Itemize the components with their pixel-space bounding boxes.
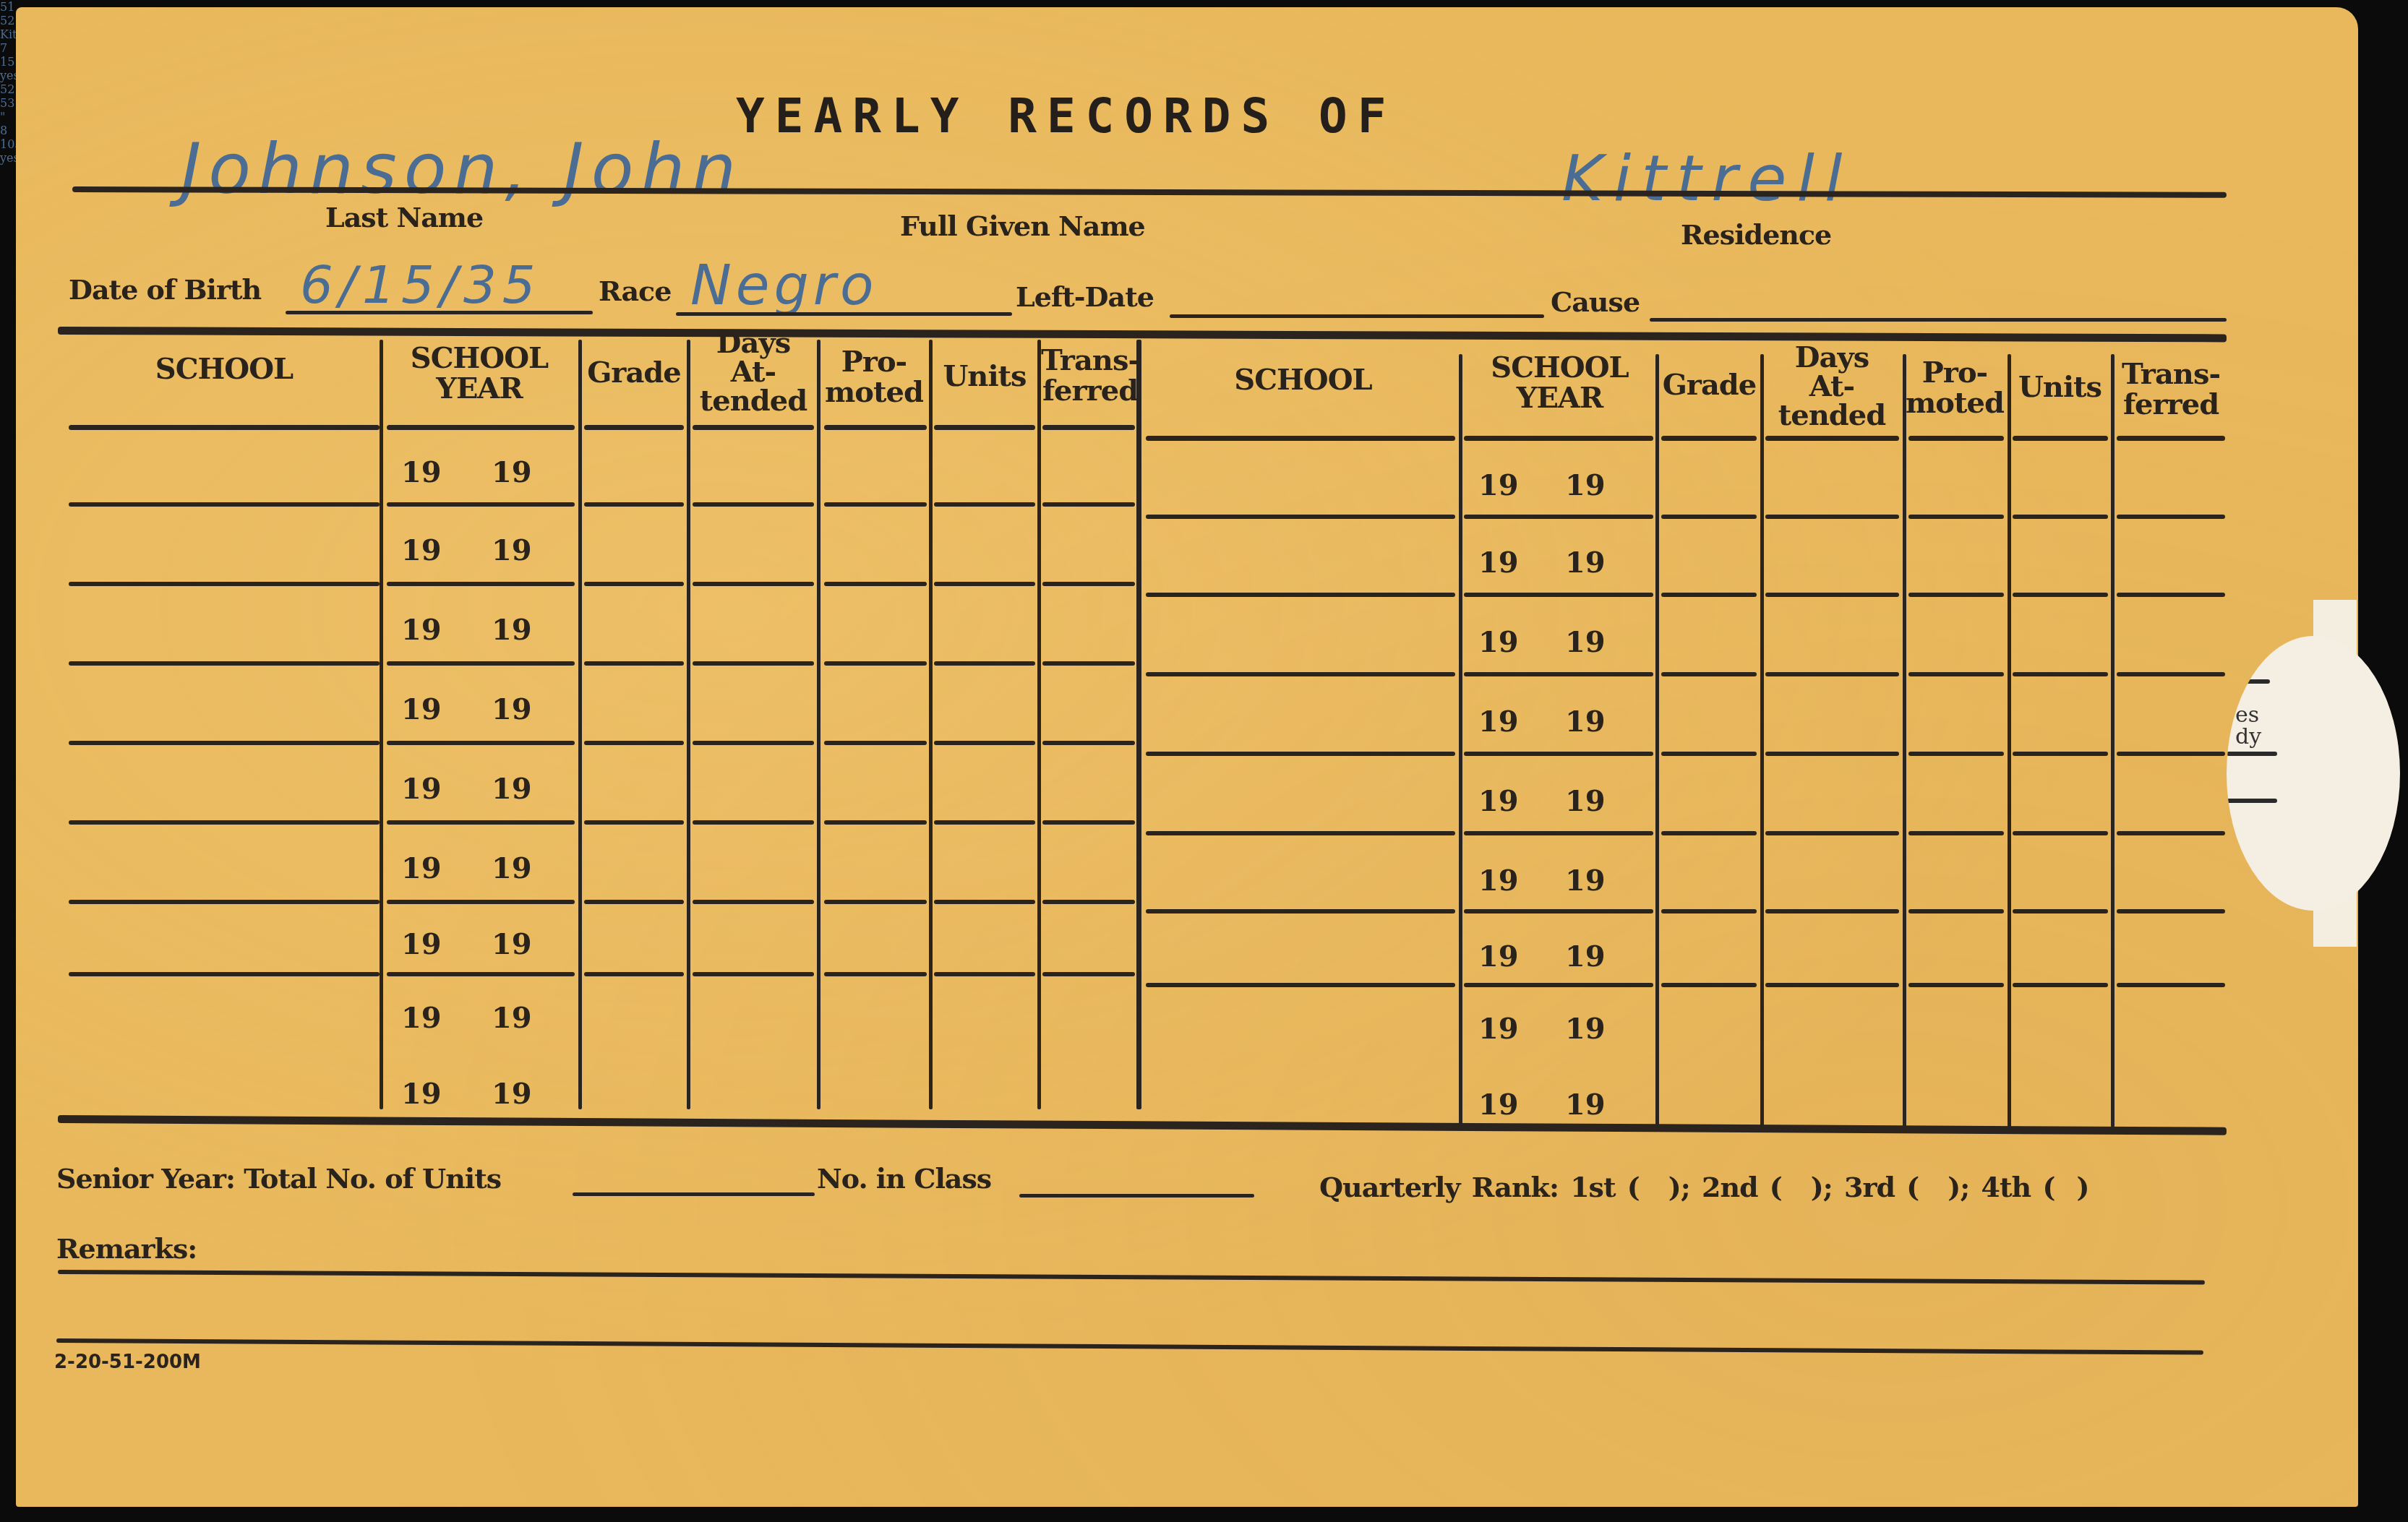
header-transferred-left: Trans- ferred [1040,345,1141,406]
year-start-prefix: 19 [401,927,442,961]
row-line [1464,672,1653,676]
header-underline [1661,436,1757,441]
no-in-class-label: No. in Class [817,1162,991,1195]
row-line [2117,593,2225,597]
row-line [693,820,814,825]
insert-rule [2227,679,2270,684]
column-divider [380,340,383,1109]
row-line [2013,831,2108,835]
row-line [69,820,380,825]
column-divider [2111,354,2115,1127]
year-start-prefix: 19 [1478,468,1519,502]
row-line [1661,672,1757,676]
year-start-prefix: 19 [401,613,442,647]
row-line [1146,983,1455,987]
left-date-underline [1170,314,1544,318]
row-line [2117,515,2225,519]
cause-label: Cause [1551,285,1640,318]
year-end-prefix: 19 [1565,468,1606,502]
last-name-label: Last Name [325,201,483,233]
insert-rule [2227,799,2277,803]
year-end-prefix: 19 [492,692,532,726]
row-line [1908,752,2004,756]
header-days-left: Days At- tended [689,329,818,416]
row-line [2117,909,2225,913]
row-line [934,741,1035,745]
year-end-prefix: 19 [492,1001,532,1035]
row-line [934,900,1035,904]
row-line [1661,909,1757,913]
row-line [1765,515,1899,519]
year-start-prefix: 19 [1478,940,1519,973]
row-line [387,582,575,586]
row-line [1042,582,1135,586]
year-end-prefix: 19 [1565,940,1606,973]
row-line [69,900,380,904]
year-end-prefix: 19 [1565,625,1606,659]
row-line [1765,909,1899,913]
row-line [1908,515,2004,519]
row-line [2013,515,2108,519]
dob-underline [286,311,593,314]
header-school-left: SCHOOL [80,354,369,384]
row-line [1464,752,1653,756]
quarterly-rank: Quarterly Rank: 1st (); 2nd (); 3rd (); … [1319,1171,2088,1203]
header-underline [2117,436,2225,441]
row-line [69,972,380,976]
year-start-prefix: 19 [1478,1088,1519,1122]
header-underline [824,425,927,430]
header-underline [387,425,575,430]
header-grade-right: Grade [1658,370,1761,400]
row-line [69,741,380,745]
row-line [1908,593,2004,597]
row-line [1042,900,1135,904]
column-divider [817,340,820,1109]
row-line [1464,909,1653,913]
row-line [584,582,684,586]
header-underline [693,425,814,430]
row-line [387,661,575,666]
row-line [1908,983,2004,987]
year-start-prefix: 19 [401,455,442,489]
column-divider [1760,354,1764,1127]
row-line [934,661,1035,666]
row-line [1042,972,1135,976]
year-end-prefix: 19 [492,455,532,489]
row-line [2117,831,2225,835]
row-line [1765,831,1899,835]
year-end-prefix: 19 [1565,864,1606,898]
row-line [934,820,1035,825]
row-line [584,820,684,825]
year-end-prefix: 19 [492,613,532,647]
row-line [1146,672,1455,676]
year-start-prefix: 19 [1478,546,1519,580]
row-line [934,502,1035,507]
header-underline [934,425,1035,430]
race-value[interactable]: Negro [690,253,878,317]
row-line [387,502,575,507]
year-start-prefix: 19 [1478,625,1519,659]
row-line [2117,983,2225,987]
row-line [1908,831,2004,835]
row-line [824,661,927,666]
header-underline [584,425,684,430]
year-end-prefix: 19 [1565,546,1606,580]
row-line [2013,983,2108,987]
row-line [1042,661,1135,666]
year-end-prefix: 19 [1565,784,1606,818]
row-line [693,900,814,904]
year-start-prefix: 19 [401,692,442,726]
column-divider [1037,340,1041,1109]
column-divider [2008,354,2011,1127]
row-line [1765,752,1899,756]
insert-card-text: es dy [2235,705,2261,748]
header-transferred-right: Trans- ferred [2113,359,2229,420]
year-start-prefix: 19 [1478,864,1519,898]
row-line [69,502,380,507]
row-line [1765,593,1899,597]
row-line [2117,672,2225,676]
row-line [1042,741,1135,745]
year-end-prefix: 19 [492,927,532,961]
row-line [824,741,927,745]
header-units-left: Units [931,361,1038,392]
year-end-prefix: 19 [492,1077,532,1111]
residence-label: Residence [1681,218,1831,251]
header-underline [1765,436,1899,441]
senior-units-field[interactable] [573,1192,815,1196]
row-line [824,502,927,507]
row-line [934,972,1035,976]
header-grade-left: Grade [580,358,687,388]
date-of-birth-value[interactable]: 6/15/35 [300,254,541,315]
row-line [693,661,814,666]
no-in-class-field[interactable] [1019,1194,1254,1198]
year-start-prefix: 19 [401,1077,442,1111]
row-line [934,582,1035,586]
column-divider [1459,354,1462,1127]
row-line [69,661,380,666]
year-start-prefix: 19 [401,851,442,885]
row-line [2117,752,2225,756]
row-line [1146,515,1455,519]
row-line [1661,831,1757,835]
row-line [824,820,927,825]
center-divider [1136,340,1141,1109]
left-date-label: Left-Date [1016,280,1154,313]
form-title: YEARLY RECORDS OF [736,88,1397,144]
year-end-prefix: 19 [492,851,532,885]
column-divider [578,340,582,1109]
row-line [387,741,575,745]
header-underline [1464,436,1653,441]
row-line [1146,831,1455,835]
name-value[interactable]: Johnson, John [181,129,743,210]
row-line [693,972,814,976]
row-line [1042,502,1135,507]
year-start-prefix: 19 [401,772,442,806]
row-line [824,972,927,976]
row-line [584,661,684,666]
row-line [1661,593,1757,597]
row-line [387,820,575,825]
row-line [1146,909,1455,913]
year-start-prefix: 19 [1478,705,1519,739]
header-units-right: Units [2008,372,2112,403]
year-end-prefix: 19 [492,772,532,806]
year-start-prefix: 19 [1478,784,1519,818]
year-end-prefix: 19 [492,533,532,567]
row-line [69,582,380,586]
row-line [584,502,684,507]
row-line [584,972,684,976]
year-end-prefix: 19 [1565,1012,1606,1046]
row-line [1908,672,2004,676]
row-line [2013,909,2108,913]
row-line [584,741,684,745]
column-divider [929,340,933,1109]
row-line [1146,593,1455,597]
header-school-year-right: SCHOOL YEAR [1464,353,1655,413]
senior-units-label: Senior Year: Total No. of Units [56,1162,501,1195]
row-line [1908,909,2004,913]
row-line [1464,515,1653,519]
year-end-prefix: 19 [1565,1088,1606,1122]
header-underline [1146,436,1455,441]
form-code: 2-20-51-200M [54,1351,201,1373]
race-label: Race [599,275,671,307]
row-line [1661,752,1757,756]
year-start-prefix: 19 [401,1001,442,1035]
column-divider [1655,354,1659,1127]
year-start-prefix: 19 [401,533,442,567]
row-line [387,972,575,976]
row-line [1464,983,1653,987]
row-line [824,900,927,904]
row-line [2013,672,2108,676]
remarks-label: Remarks: [56,1232,197,1265]
row-line [584,900,684,904]
card-notch: es dy [2227,636,2400,911]
insert-rule [2227,752,2277,756]
row-line [1464,593,1653,597]
row-line [387,900,575,904]
row-line [2013,752,2108,756]
year-end-prefix: 19 [1565,705,1606,739]
race-underline [676,312,1012,316]
header-underline [1908,436,2004,441]
row-line [1661,515,1757,519]
row-line [1661,983,1757,987]
header-promoted-right: Pro- moted [1903,358,2006,418]
row-line [824,582,927,586]
row-line [693,741,814,745]
date-of-birth-label: Date of Birth [69,273,261,306]
row-line [1765,983,1899,987]
residence-value[interactable]: Kittrell [1561,141,1852,215]
column-divider [1903,354,1906,1127]
header-school-right: SCHOOL [1149,365,1457,395]
full-given-name-label: Full Given Name [900,210,1145,242]
column-divider [687,340,690,1109]
header-days-right: Days At- tended [1762,343,1901,430]
year-start-prefix: 19 [1478,1012,1519,1046]
row-line [1042,820,1135,825]
row-line [693,502,814,507]
row-line [693,582,814,586]
row-line [2013,593,2108,597]
row-line [1146,752,1455,756]
cause-underline [1650,318,2227,322]
row-line [1765,672,1899,676]
header-promoted-left: Pro- moted [819,347,929,408]
header-school-year-left: SCHOOL YEAR [382,343,577,404]
row-line [1464,831,1653,835]
header-underline [1042,425,1135,430]
header-underline [2013,436,2108,441]
header-underline [69,425,380,430]
